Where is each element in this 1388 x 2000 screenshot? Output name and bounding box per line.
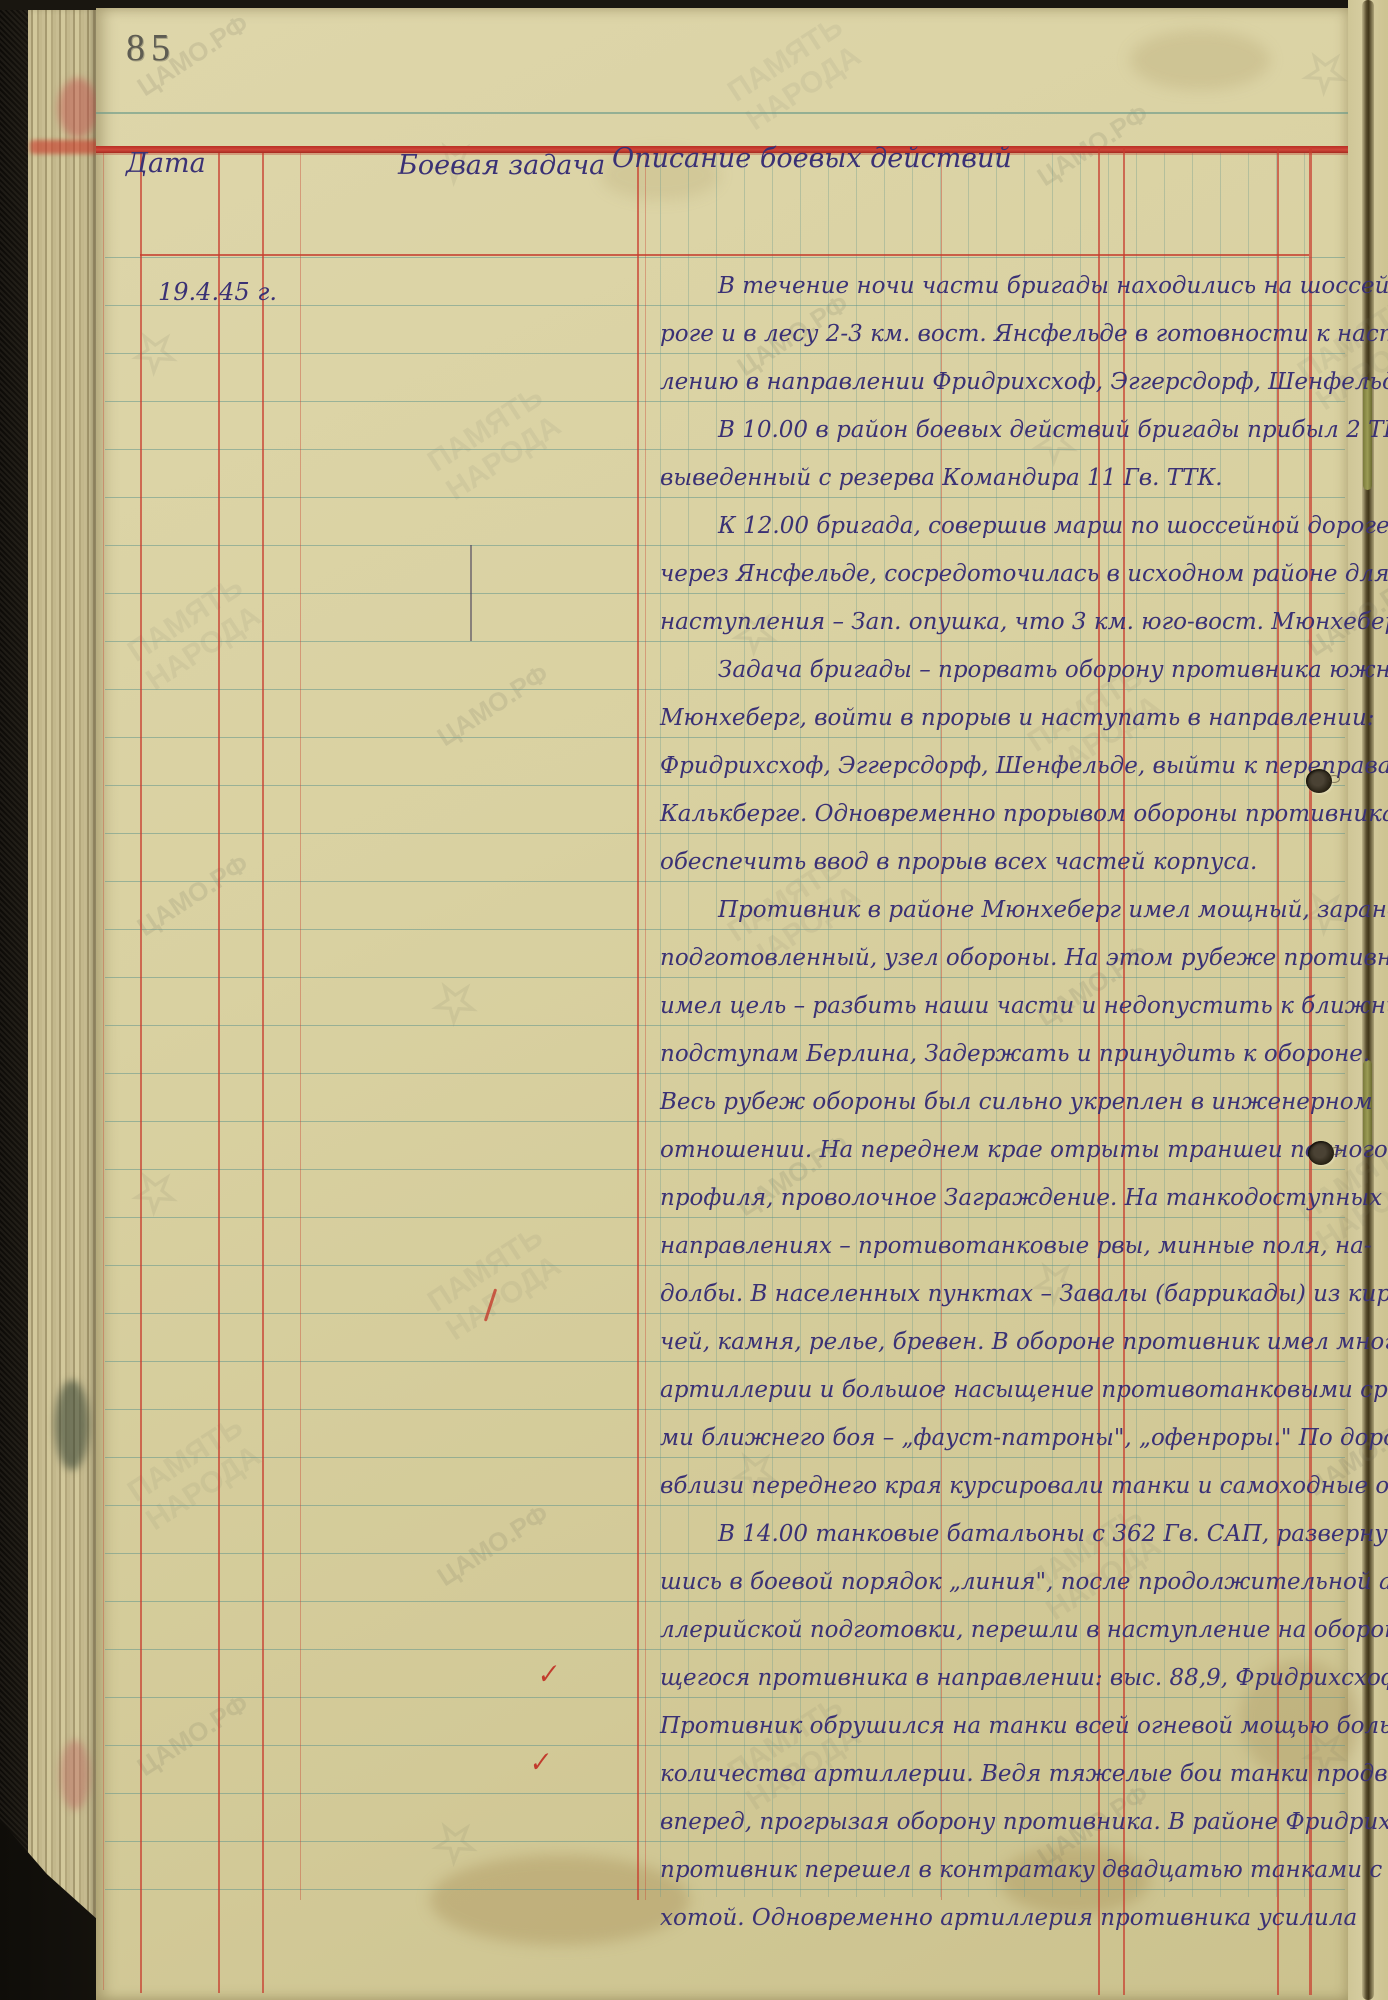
handwritten-line: профиля, проволочное Заграждение. На тан… bbox=[660, 1174, 1308, 1222]
handwritten-line: Фридрихсхоф, Эггерсдорф, Шенфельде, выйт… bbox=[660, 742, 1308, 790]
handwritten-line: шись в боевой порядок „линия", после про… bbox=[660, 1558, 1308, 1606]
teal-rule-top bbox=[96, 112, 1348, 114]
paper-stain bbox=[1130, 30, 1270, 90]
handwritten-line: количества артиллерии. Ведя тяжелые бои … bbox=[660, 1750, 1308, 1798]
subheader-red-line bbox=[140, 254, 1309, 256]
edge-stain-redline bbox=[30, 140, 100, 154]
handwritten-line: Калькберге. Одновременно прорывом оборон… bbox=[660, 790, 1308, 838]
red-checkmark-lower: ✓ bbox=[526, 1747, 552, 1780]
handwritten-line: через Янсфельде, сосредоточилась в исход… bbox=[660, 550, 1308, 598]
stray-ink-stroke bbox=[470, 545, 472, 641]
handwritten-line: К 12.00 бригада, совершив марш по шоссей… bbox=[660, 502, 1308, 550]
handwritten-line: обеспечить ввод в прорыв всех частей кор… bbox=[660, 838, 1308, 886]
handwritten-line: Весь рубеж обороны был сильно укреплен в… bbox=[660, 1078, 1308, 1126]
handwritten-line: направлениях – противотанковые рвы, минн… bbox=[660, 1222, 1308, 1270]
handwritten-line: лению в направлении Фридрихсхоф, Эггерсд… bbox=[660, 358, 1308, 406]
entry-lines: В течение ночи части бригады находились … bbox=[660, 262, 1308, 1942]
handwritten-line: роге и в лесу 2-3 км. вост. Янсфельде в … bbox=[660, 310, 1308, 358]
column-header-date: Дата bbox=[126, 148, 206, 179]
hole-punch-lower bbox=[1308, 1141, 1334, 1165]
column-header-description: Описание боевых действий bbox=[612, 143, 1012, 174]
scanned-journal-page: ЦАМО.РФ☆ПАМЯТЬ НАРОДАЦАМО.РФ☆☆ПАМЯТЬ НАР… bbox=[0, 0, 1388, 2000]
red-rule bbox=[645, 153, 646, 1900]
handwritten-line: В течение ночи части бригады находились … bbox=[660, 262, 1308, 310]
handwritten-line: подступам Берлина, Задержать и принудить… bbox=[660, 1030, 1308, 1078]
handwritten-line: артиллерии и большое насыщение противота… bbox=[660, 1366, 1308, 1414]
handwritten-line: Мюнхеберг, войти в прорыв и наступать в … bbox=[660, 694, 1308, 742]
entry-date: 19.4.45 г. bbox=[158, 278, 277, 306]
handwritten-line: противник перешел в контратаку двадцатью… bbox=[660, 1846, 1308, 1894]
handwritten-line: ми ближнего боя – „фауст-патроны", „офен… bbox=[660, 1414, 1308, 1462]
handwritten-line: выведенный с резерва Командира 11 Гв. ТТ… bbox=[660, 454, 1308, 502]
red-rule bbox=[103, 153, 104, 1990]
page-stack-edges bbox=[28, 6, 98, 2000]
red-rule bbox=[637, 153, 639, 1900]
red-rule bbox=[218, 153, 220, 1993]
red-rule bbox=[262, 153, 264, 1993]
hole-punch-upper bbox=[1306, 769, 1332, 793]
handwritten-line: ллерийской подготовки, перешли в наступл… bbox=[660, 1606, 1308, 1654]
handwritten-line: чей, камня, релье, бревен. В обороне про… bbox=[660, 1318, 1308, 1366]
handwritten-line: подготовленный, узел обороны. На этом ру… bbox=[660, 934, 1308, 982]
red-checkmark-upper: ✓ bbox=[534, 1659, 560, 1692]
handwritten-line: Противник в районе Мюнхеберг имел мощный… bbox=[660, 886, 1308, 934]
red-rule bbox=[140, 153, 142, 1993]
edge-stain-red bbox=[58, 78, 98, 138]
red-rule bbox=[300, 153, 301, 1900]
handwritten-line: вперед, прогрызая оборону противника. В … bbox=[660, 1798, 1308, 1846]
handwritten-line: Противник обрушился на танки всей огнево… bbox=[660, 1702, 1308, 1750]
handwritten-line: В 14.00 танковые батальоны с 362 Гв. САП… bbox=[660, 1510, 1308, 1558]
handwritten-line: щегося противника в направлении: выс. 88… bbox=[660, 1654, 1308, 1702]
handwritten-line: наступления – Зап. опушка, что 3 км. юго… bbox=[660, 598, 1308, 646]
edge-stain-pink bbox=[60, 1740, 90, 1810]
edge-stain-dark bbox=[55, 1380, 89, 1470]
column-header-task: Боевая задача bbox=[398, 150, 605, 181]
handwritten-line: вблизи переднего края курсировали танки … bbox=[660, 1462, 1308, 1510]
page-number: 85 bbox=[126, 26, 176, 70]
handwritten-line: Задача бригады – прорвать оборону против… bbox=[660, 646, 1308, 694]
handwritten-line: имел цель – разбить наши части и недопус… bbox=[660, 982, 1308, 1030]
handwritten-line: В 10.00 в район боевых действий бригады … bbox=[660, 406, 1308, 454]
handwritten-line: отношении. На переднем крае отрыты транш… bbox=[660, 1126, 1308, 1174]
handwritten-line: долбы. В населенных пунктах – Завалы (ба… bbox=[660, 1270, 1308, 1318]
handwritten-line: хотой. Одновременно артиллерия противник… bbox=[660, 1894, 1308, 1942]
